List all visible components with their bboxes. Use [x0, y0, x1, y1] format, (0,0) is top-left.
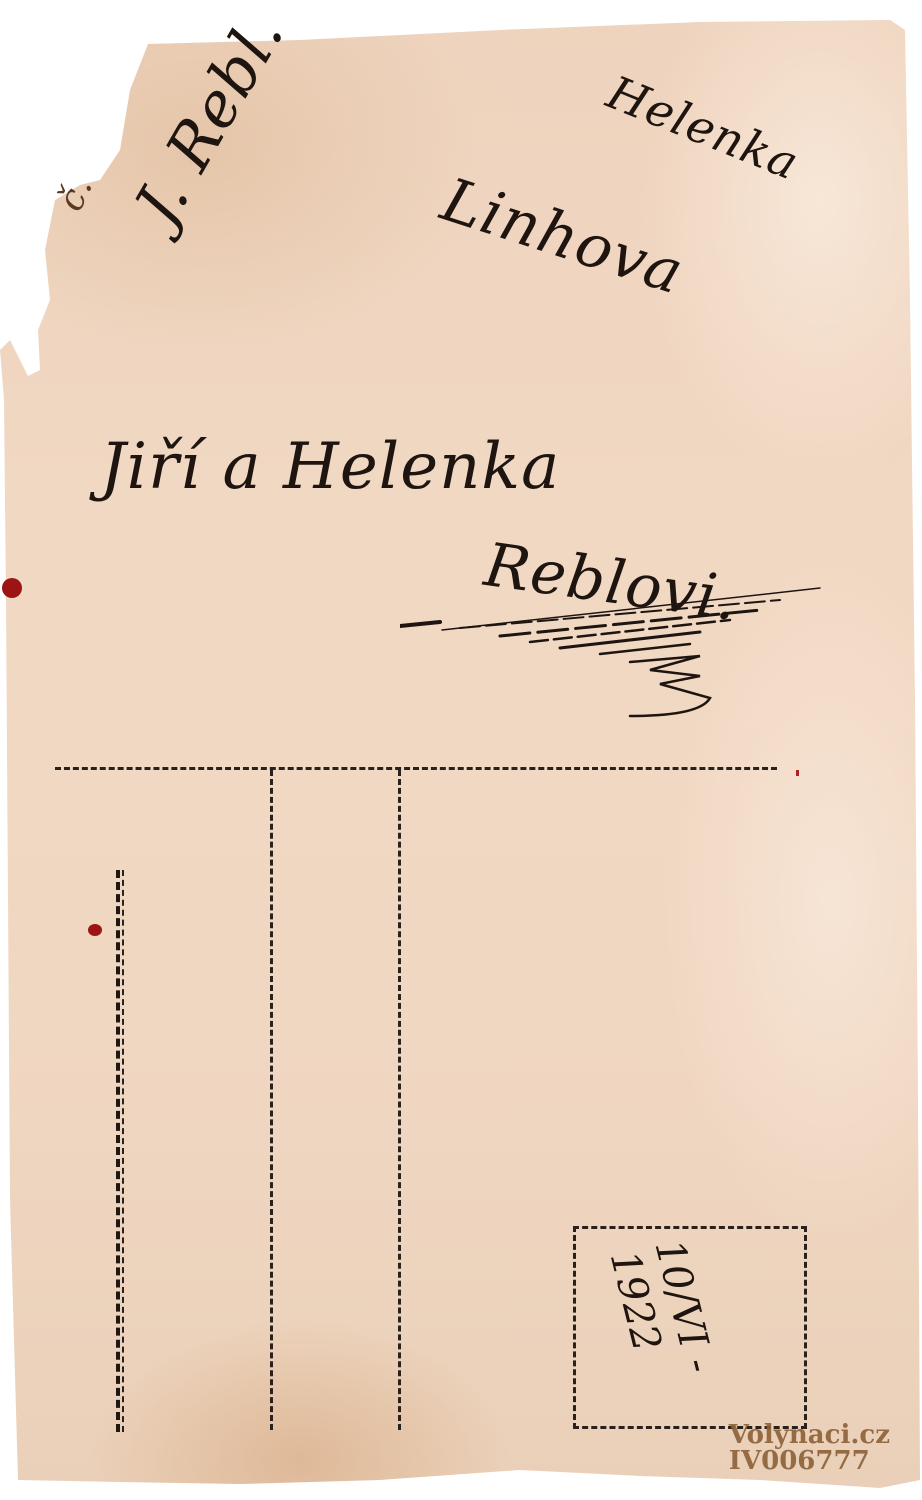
red-ink-stain-left: [2, 578, 22, 598]
handwriting-main-names: Jiří a Helenka: [100, 430, 560, 504]
address-divider-horizontal: [55, 767, 777, 770]
red-ink-stain-mid: [88, 924, 102, 936]
postcard-back: č. J. Rebl. Helenka Linhova Jiří a Helen…: [0, 0, 922, 1500]
watermark-id: IV006777: [729, 1448, 890, 1474]
red-ink-mark: [796, 770, 799, 776]
watermark-site: Volynaci.cz: [729, 1422, 890, 1448]
address-line-vertical-2: [398, 770, 401, 1430]
watermark: Volynaci.cz IV006777: [729, 1422, 890, 1474]
address-line-vertical-1: [270, 770, 273, 1430]
signature-flourish: [400, 580, 840, 720]
message-divider-vertical-inner: [122, 870, 124, 1432]
message-divider-vertical: [116, 870, 120, 1432]
